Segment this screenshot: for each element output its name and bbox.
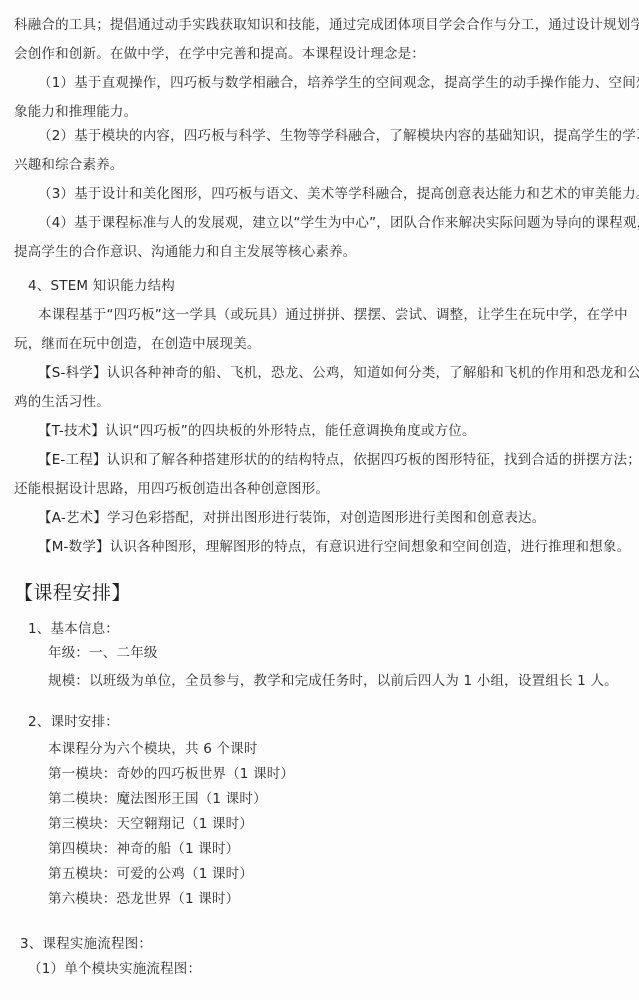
module-6: 第六模块：恐龙世界（1 课时） xyxy=(48,890,239,908)
concept-1-line-2: 象能力和推理能力。 xyxy=(14,103,137,121)
concept-4-line-2: 提高学生的合作意识、沟通能力和自主发展等核心素养。 xyxy=(14,243,357,261)
basic-info-grade: 年级：一、二年级 xyxy=(48,644,158,662)
module-2: 第二模块：魔法图形王国（1 课时） xyxy=(48,790,267,808)
stem-tag-math: 【M-数学】 xyxy=(38,539,110,555)
stem-text-math: 认识各种图形，理解图形的特点，有意识进行空间想象和空间创造，进行推理和想象。 xyxy=(110,539,631,555)
stem-text-art: 学习色彩搭配，对拼出图形进行装饰，对创造图形进行美图和创意表达。 xyxy=(107,510,545,526)
stem-text-science: 认识各种神奇的船、飞机，恐龙、公鸡，知道如何分类，了解船和飞机的作用和恐龙和公 xyxy=(107,365,639,381)
intro-line-1: 科融合的工具；提倡通过动手实践获取知识和技能，通过完成团体项目学会合作与分工，通… xyxy=(14,16,639,34)
basic-info-title: 1、基本信息： xyxy=(28,620,119,638)
stem-tag-engineering: 【E-工程】 xyxy=(38,452,107,468)
stem-item-science: 【S-科学】认识各种神奇的船、飞机，恐龙、公鸡，知道如何分类，了解船和飞机的作用… xyxy=(38,364,639,382)
stem-tag-technology: 【T-技术】 xyxy=(38,423,105,439)
stem-item-science-line-2: 鸡的生活习性。 xyxy=(14,393,110,411)
hours-title: 2、课时安排： xyxy=(28,713,119,731)
stem-item-engineering-line-2: 还能根据设计思路，用四巧板创造出各种创意图形。 xyxy=(14,480,329,498)
stem-item-math: 【M-数学】认识各种图形，理解图形的特点，有意识进行空间想象和空间创造，进行推理… xyxy=(38,538,630,556)
module-1: 第一模块：奇妙的四巧板世界（1 课时） xyxy=(48,765,294,783)
basic-info-scale: 规模：以班级为单位，全员参与，教学和完成任务时，以前后四人为 1 小组，设置组长… xyxy=(48,672,618,690)
module-5: 第五模块：可爱的公鸡（1 课时） xyxy=(48,865,253,883)
stem-section-title: 4、STEM 知识能力结构 xyxy=(28,277,175,295)
stem-tag-science: 【S-科学】 xyxy=(38,365,107,381)
stem-text-technology: 认识“四巧板”的四块板的外形特点，能任意调换角度或方位。 xyxy=(105,423,476,439)
concept-2-line-1: （2）基于模块的内容，四巧板与科学、生物等学科融合，了解模块内容的基础知识，提高… xyxy=(38,127,639,145)
module-4: 第四模块：神奇的船（1 课时） xyxy=(48,840,239,858)
schedule-heading: 【课程安排】 xyxy=(14,581,131,605)
flow-subtitle: （1）单个模块实施流程图： xyxy=(28,960,201,978)
stem-text-engineering: 认识和了解各种搭建形状的的结构特点，依据四巧板的图形特征，找到合适的拼摆方法； xyxy=(107,452,639,468)
stem-item-technology: 【T-技术】认识“四巧板”的四块板的外形特点，能任意调换角度或方位。 xyxy=(38,422,476,440)
stem-tag-art: 【A-艺术】 xyxy=(38,510,107,526)
intro-line-2: 会创作和创新。在做中学，在学中完善和提高。本课程设计理念是： xyxy=(14,45,425,63)
document-page: 科融合的工具；提倡通过动手实践获取知识和技能，通过完成团体项目学会合作与分工，通… xyxy=(0,0,639,1000)
stem-desc-line-2: 玩，继而在玩中创造，在创造中展现美。 xyxy=(14,335,261,353)
concept-4-line-1: （4）基于课程标准与人的发展观，建立以“学生为中心”，团队合作来解决实际问题为导… xyxy=(38,214,639,232)
stem-item-art: 【A-艺术】学习色彩搭配，对拼出图形进行装饰，对创造图形进行美图和创意表达。 xyxy=(38,509,545,527)
module-3: 第三模块：天空翱翔记（1 课时） xyxy=(48,815,253,833)
stem-item-engineering: 【E-工程】认识和了解各种搭建形状的的结构特点，依据四巧板的图形特征，找到合适的… xyxy=(38,451,639,469)
hours-summary: 本课程分为六个模块，共 6 个课时 xyxy=(48,740,258,758)
concept-1-line-1: （1）基于直观操作，四巧板与数学相融合，培养学生的空间观念，提高学生的动手操作能… xyxy=(38,74,639,92)
concept-3-line-1: （3）基于设计和美化图形，四巧板与语文、美术等学科融合，提高创意表达能力和艺术的… xyxy=(38,185,639,203)
stem-desc-line-1: 本课程基于“四巧板”这一学具（或玩具）通过拼拼、摆摆、尝试、调整，让学生在玩中学… xyxy=(38,306,628,324)
flow-title: 3、课程实施流程图： xyxy=(20,935,152,953)
concept-2-line-2: 兴趣和综合素养。 xyxy=(14,156,124,174)
